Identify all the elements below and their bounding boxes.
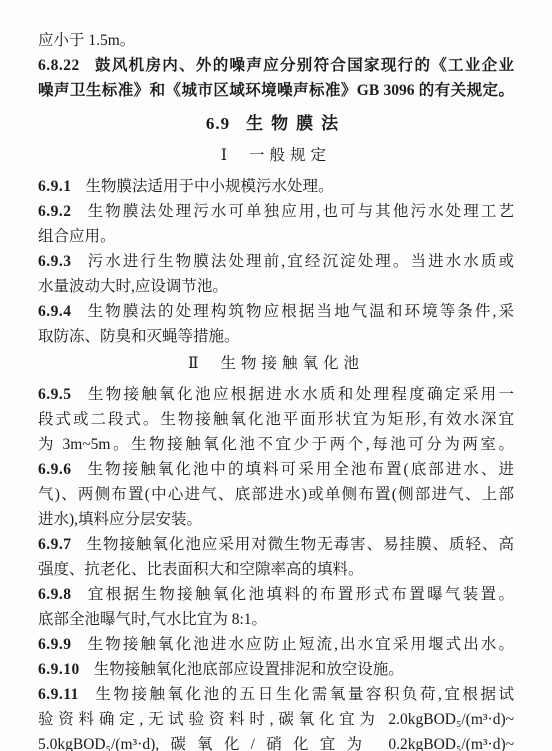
text-line: 噪声卫生标准》和《城市区域环境噪声标准》GB 3096 的有关规定。 (38, 78, 514, 103)
text-line: 水量波动大时,应设调节池。 (38, 274, 514, 299)
clause-text: 气)、两侧布置(中心进气、底部进水)或单侧布置(侧部进气、上部 (38, 486, 514, 503)
clause-text: 5.0kgBOD₅/(m³·d),碳氧化/硝化宜为 0.2kgBOD₅/(m³·… (38, 736, 514, 751)
clause-number: 6.9.4 (38, 303, 72, 320)
text-line: 组合应用。 (38, 224, 514, 249)
clause-number: 6.9.3 (38, 253, 72, 270)
clause-number: 6.9.2 (38, 203, 72, 220)
clause-number: 6.9.9 (38, 636, 72, 653)
section-title: 生物膜法 (246, 114, 346, 133)
clause-text: 污水进行生物膜法处理前,宜经沉淀处理。当进水水质或 (86, 253, 515, 270)
section-number: 6.9 (206, 114, 230, 133)
clause-number: 6.9.6 (38, 461, 72, 478)
text-line: 6.9.5生物接触氧化池应根据进水水质和处理程度确定采用一 (38, 382, 514, 407)
text-line: 6.8.22鼓风机房内、外的噪声应分别符合国家现行的《工业企业 (38, 53, 514, 78)
clause-text: 生物接触氧化池应采用对微生物无毒害、易挂膜、质轻、高 (86, 536, 515, 553)
text-line: 5.0kgBOD₅/(m³·d),碳氧化/硝化宜为 0.2kgBOD₅/(m³·… (38, 732, 514, 751)
subsection-numeral: Ⅱ (188, 355, 199, 372)
text-line: 6.9.3污水进行生物膜法处理前,宜经沉淀处理。当进水水质或 (38, 249, 514, 274)
text-line: 6.9.4生物膜法的处理构筑物应根据当地气温和环境等条件,采 (38, 299, 514, 324)
text-line: 6.9.9生物接触氧化池进水应防止短流,出水宜采用堰式出水。 (38, 632, 514, 657)
clause-text: 鼓风机房内、外的噪声应分别符合国家现行的《工业企业 (94, 57, 514, 74)
text-line: 气)、两侧布置(中心进气、底部进水)或单侧布置(侧部进气、上部 (38, 482, 514, 507)
clause-text: 生物接触氧化池底部应设置排泥和放空设施。 (94, 661, 404, 678)
text-line: 6.9.1生物膜法适用于中小规模污水处理。 (38, 174, 514, 199)
clause-text: 段式或二段式。生物接触氧化池平面形状宜为矩形,有效水深宜 (38, 411, 514, 428)
text-line: 6.9.8宜根据生物接触氧化池填料的布置形式布置曝气装置。 (38, 582, 514, 607)
clause-number: 6.9.7 (38, 536, 72, 553)
clause-text: 生物接触氧化池的五日生化需氧量容积负荷,宜根据试 (93, 686, 514, 703)
subsection-title: 生物接触氧化池 (221, 355, 365, 372)
clause-text: 验资料确定,无试验资料时,碳氧化宜为 2.0kgBOD₅/(m³·d)~ (38, 711, 514, 728)
clause-number: 6.8.22 (38, 57, 80, 74)
clause-text: 噪声卫生标准》和《城市区域环境噪声标准》GB 3096 的有关规定。 (38, 82, 514, 99)
clause-text: 底部全池曝气时,气水比宜为 8:1。 (38, 611, 267, 628)
text-line: 进水),填料应分层安装。 (38, 507, 514, 532)
clause-text: 取防冻、防臭和灭蝇等措施。 (38, 328, 240, 345)
text-line: 6.9.10生物接触氧化池底部应设置排泥和放空设施。 (38, 657, 514, 682)
text-line: 为 3m~5m。生物接触氧化池不宜少于两个,每池可分为两室。 (38, 432, 514, 457)
text-line: 应小于 1.5m。 (38, 28, 514, 53)
clause-number: 6.9.8 (38, 586, 72, 603)
clause-text: 进水),填料应分层安装。 (38, 511, 202, 528)
subsection-heading: Ⅰ一般规定 (38, 143, 514, 171)
clause-text: 应小于 1.5m。 (38, 32, 135, 49)
subsection-title: 一般规定 (249, 147, 331, 164)
text-line: 强度、抗老化、比表面积大和空隙率高的填料。 (38, 557, 514, 582)
text-line: 段式或二段式。生物接触氧化池平面形状宜为矩形,有效水深宜 (38, 407, 514, 432)
clause-text: 宜根据生物接触氧化池填料的布置形式布置曝气装置。 (86, 586, 515, 603)
clause-text: 生物膜法适用于中小规模污水处理。 (86, 178, 334, 195)
subsection-numeral: Ⅰ (221, 147, 227, 164)
clause-number: 6.9.1 (38, 178, 72, 195)
clause-number: 6.9.10 (38, 661, 80, 678)
text-line: 底部全池曝气时,气水比宜为 8:1。 (38, 607, 514, 632)
subsection-heading: Ⅱ生物接触氧化池 (38, 351, 514, 379)
clause-text: 生物接触氧化池中的填料可采用全池布置(底部进水、进 (86, 461, 515, 478)
clause-number: 6.9.11 (38, 686, 79, 703)
clause-text: 水量波动大时,应设调节池。 (38, 278, 228, 295)
text-line: 6.9.11生物接触氧化池的五日生化需氧量容积负荷,宜根据试 (38, 682, 514, 707)
clause-text: 生物膜法的处理构筑物应根据当地气温和环境等条件,采 (86, 303, 515, 320)
section-heading: 6.9生物膜法 (38, 111, 514, 137)
clause-text: 为 3m~5m。生物接触氧化池不宜少于两个,每池可分为两室。 (38, 436, 514, 453)
clause-text: 组合应用。 (38, 228, 116, 245)
document-page: 应小于 1.5m。 6.8.22鼓风机房内、外的噪声应分别符合国家现行的《工业企… (0, 0, 552, 751)
clause-text: 强度、抗老化、比表面积大和空隙率高的填料。 (38, 561, 364, 578)
text-line: 6.9.7生物接触氧化池应采用对微生物无毒害、易挂膜、质轻、高 (38, 532, 514, 557)
clause-text: 生物接触氧化池应根据进水水质和处理程度确定采用一 (86, 386, 515, 403)
clause-number: 6.9.5 (38, 386, 72, 403)
text-line: 6.9.2生物膜法处理污水可单独应用,也可与其他污水处理工艺 (38, 199, 514, 224)
clause-text: 生物接触氧化池进水应防止短流,出水宜采用堰式出水。 (86, 636, 515, 653)
text-line: 取防冻、防臭和灭蝇等措施。 (38, 324, 514, 349)
text-line: 验资料确定,无试验资料时,碳氧化宜为 2.0kgBOD₅/(m³·d)~ (38, 707, 514, 732)
clause-text: 生物膜法处理污水可单独应用,也可与其他污水处理工艺 (86, 203, 515, 220)
text-line: 6.9.6生物接触氧化池中的填料可采用全池布置(底部进水、进 (38, 457, 514, 482)
